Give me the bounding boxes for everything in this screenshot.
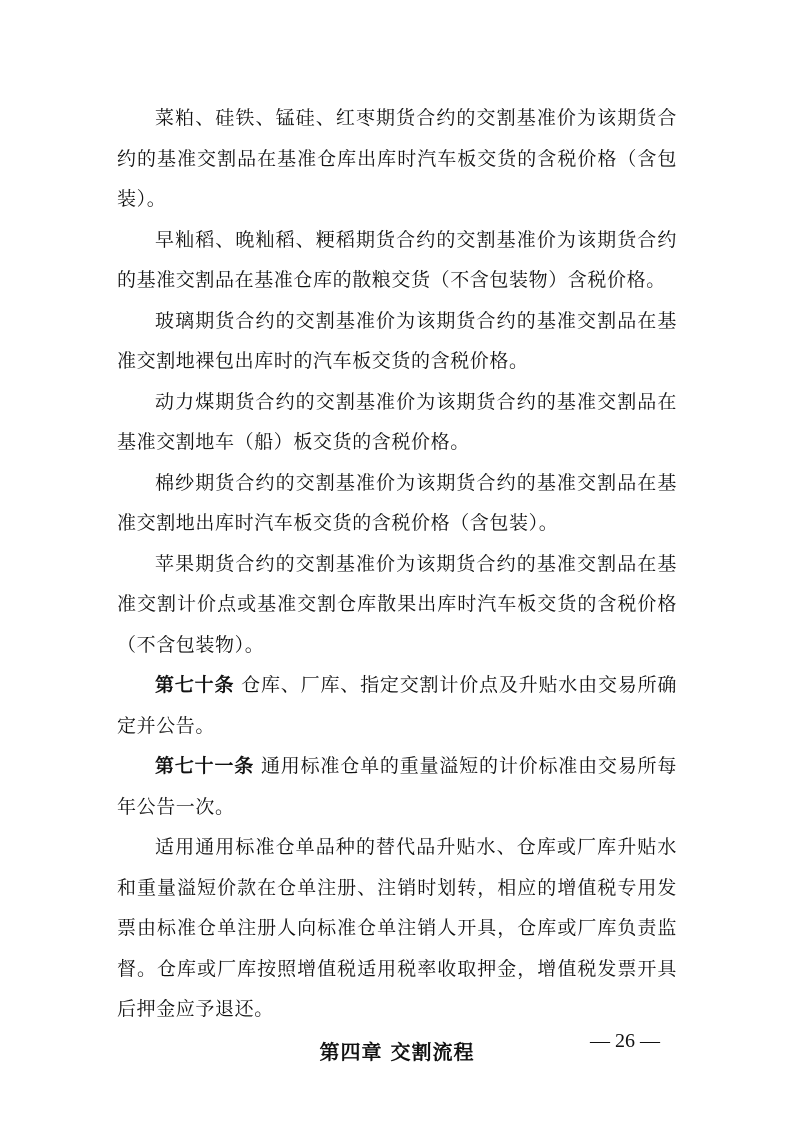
- paragraph-premium-discount: 适用通用标准仓单品种的替代品升贴水、仓库或厂库升贴水和重量溢短价款在仓单注册、注…: [117, 827, 677, 1030]
- paragraph-text: 棉纱期货合约的交割基准价为该期货合约的基准交割品在基准交割地出库时汽车板交货的含…: [117, 472, 677, 535]
- document-page: 菜粕、硅铁、锰硅、红枣期货合约的交割基准价为该期货合约的基准交割品在基准仓库出库…: [117, 98, 677, 1074]
- paragraph-glass: 玻璃期货合约的交割基准价为该期货合约的基准交割品在基准交割地裸包出库时的汽车板交…: [117, 301, 677, 382]
- paragraph-rapeseed-meal-ferrosilicon: 菜粕、硅铁、锰硅、红枣期货合约的交割基准价为该期货合约的基准交割品在基准仓库出库…: [117, 98, 677, 220]
- article-number: 第七十一条: [155, 755, 254, 777]
- article-71: 第七十一条 通用标准仓单的重量溢短的计价标准由交易所每年公告一次。: [117, 746, 677, 827]
- paragraph-text: 苹果期货合约的交割基准价为该期货合约的基准交割品在基准交割计价点或基准交割仓库散…: [117, 553, 677, 656]
- article-number: 第七十条: [155, 674, 234, 696]
- paragraph-apple: 苹果期货合约的交割基准价为该期货合约的基准交割品在基准交割计价点或基准交割仓库散…: [117, 544, 677, 666]
- page-number: — 26 —: [590, 1030, 660, 1053]
- paragraph-rice: 早籼稻、晚籼稻、粳稻期货合约的交割基准价为该期货合约的基准交割品在基准仓库的散粮…: [117, 220, 677, 301]
- paragraph-text: 菜粕、硅铁、锰硅、红枣期货合约的交割基准价为该期货合约的基准交割品在基准仓库出库…: [117, 107, 677, 210]
- paragraph-text: 动力煤期货合约的交割基准价为该期货合约的基准交割品在基准交割地车（船）板交货的含…: [117, 391, 677, 454]
- paragraph-thermal-coal: 动力煤期货合约的交割基准价为该期货合约的基准交割品在基准交割地车（船）板交货的含…: [117, 382, 677, 463]
- paragraph-text: 早籼稻、晚籼稻、粳稻期货合约的交割基准价为该期货合约的基准交割品在基准仓库的散粮…: [117, 229, 677, 292]
- article-70: 第七十条 仓库、厂库、指定交割计价点及升贴水由交易所确定并公告。: [117, 665, 677, 746]
- paragraph-text: 玻璃期货合约的交割基准价为该期货合约的基准交割品在基准交割地裸包出库时的汽车板交…: [117, 310, 677, 373]
- paragraph-text: 适用通用标准仓单品种的替代品升贴水、仓库或厂库升贴水和重量溢短价款在仓单注册、注…: [117, 836, 677, 1020]
- paragraph-cotton-yarn: 棉纱期货合约的交割基准价为该期货合约的基准交割品在基准交割地出库时汽车板交货的含…: [117, 463, 677, 544]
